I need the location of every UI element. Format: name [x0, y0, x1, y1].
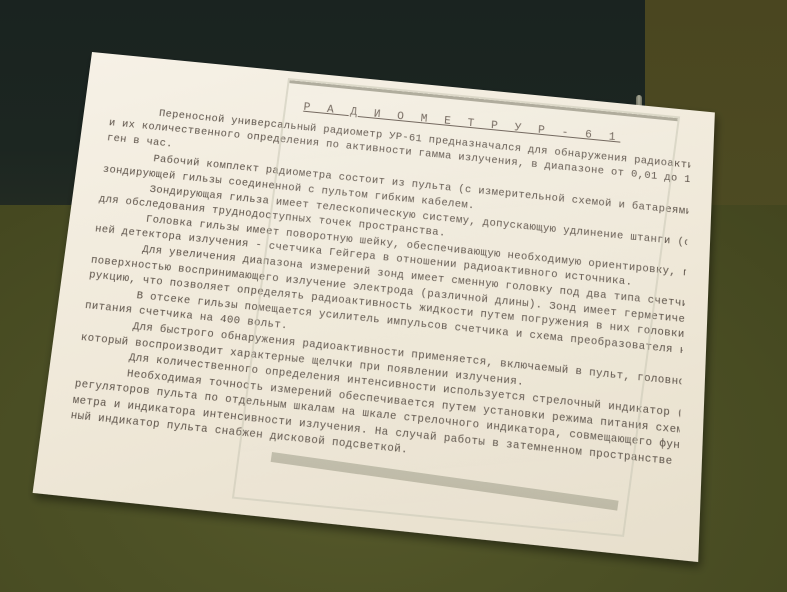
- photo-scene: Р А Д И О М Е Т Р У Р - 6 1 Переносной у…: [0, 0, 787, 592]
- acrylic-holder-panel: [232, 78, 680, 537]
